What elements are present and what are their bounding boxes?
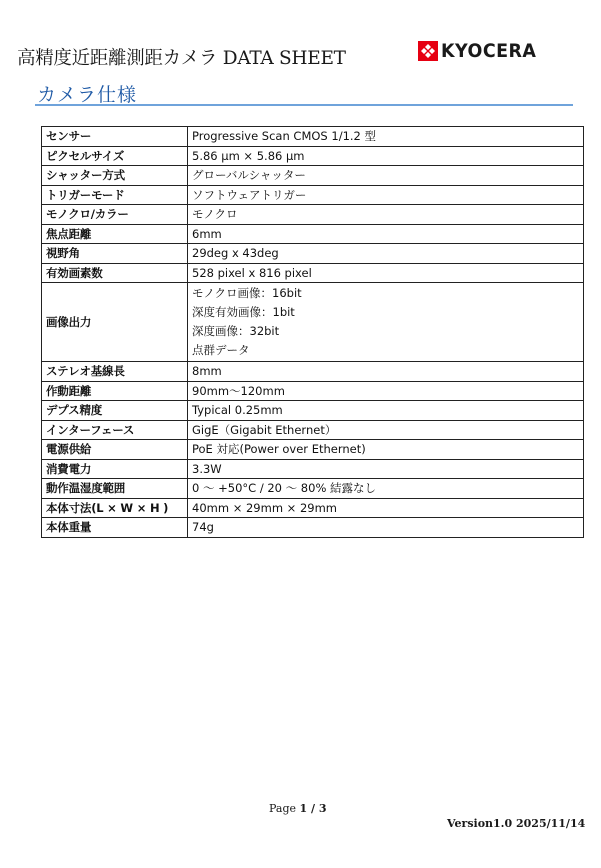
- spec-key: 視野角: [42, 244, 188, 264]
- table-row: 本体重量 74g: [42, 518, 584, 538]
- page-separator: /: [307, 802, 319, 815]
- table-row: センサー Progressive Scan CMOS 1/1.2 型: [42, 127, 584, 147]
- spec-key: 画像出力: [42, 283, 188, 362]
- table-row: 視野角 29deg x 43deg: [42, 244, 584, 264]
- table-row: トリガーモード ソフトウェアトリガー: [42, 185, 584, 205]
- kyocera-mark-icon: [418, 41, 438, 61]
- spec-value: 5.86 μm × 5.86 μm: [188, 146, 584, 166]
- table-row: 動作温湿度範囲 0 ～ +50°C / 20 ～ 80% 結露なし: [42, 479, 584, 499]
- spec-key: 本体寸法(L × W × H ): [42, 498, 188, 518]
- spec-key: 電源供給: [42, 440, 188, 460]
- spec-key: 本体重量: [42, 518, 188, 538]
- table-row: モノクロ/カラー モノクロ: [42, 205, 584, 225]
- page-total: 3: [319, 802, 327, 815]
- spec-value-multi: モノクロ画像：16bit 深度有効画像：1bit 深度画像：32bit 点群デー…: [188, 283, 584, 362]
- spec-key: 焦点距離: [42, 224, 188, 244]
- table-row: 焦点距離 6mm: [42, 224, 584, 244]
- section-divider: [35, 104, 573, 106]
- spec-key: ピクセルサイズ: [42, 146, 188, 166]
- page-number: Page 1 / 3: [269, 802, 327, 815]
- spec-value: Typical 0.25mm: [188, 401, 584, 421]
- spec-value: ソフトウェアトリガー: [188, 185, 584, 205]
- spec-value: GigE（Gigabit Ethernet）: [188, 420, 584, 440]
- table-row: ピクセルサイズ 5.86 μm × 5.86 μm: [42, 146, 584, 166]
- document-title: 高精度近距離測距カメラ DATA SHEET: [17, 44, 346, 70]
- table-row: ステレオ基線長 8mm: [42, 362, 584, 382]
- spec-value: 3.3W: [188, 459, 584, 479]
- spec-value: 0 ～ +50°C / 20 ～ 80% 結露なし: [188, 479, 584, 499]
- kyocera-logo: KYOCERA: [418, 40, 545, 62]
- spec-table: センサー Progressive Scan CMOS 1/1.2 型 ピクセルサ…: [41, 126, 584, 538]
- image-output-pointcloud: 点群データ: [192, 341, 579, 360]
- spec-key: シャッター方式: [42, 166, 188, 186]
- image-output-mono: モノクロ画像：16bit: [192, 284, 579, 303]
- spec-value: 74g: [188, 518, 584, 538]
- table-row: デプス精度 Typical 0.25mm: [42, 401, 584, 421]
- spec-value: グローバルシャッター: [188, 166, 584, 186]
- spec-value: Progressive Scan CMOS 1/1.2 型: [188, 127, 584, 147]
- spec-key: 消費電力: [42, 459, 188, 479]
- spec-value: 6mm: [188, 224, 584, 244]
- spec-value: 29deg x 43deg: [188, 244, 584, 264]
- spec-value: モノクロ: [188, 205, 584, 225]
- table-row: 作動距離 90mm〜120mm: [42, 381, 584, 401]
- page-label: Page: [269, 802, 296, 815]
- spec-key: 作動距離: [42, 381, 188, 401]
- spec-key: センサー: [42, 127, 188, 147]
- spec-key: インターフェース: [42, 420, 188, 440]
- table-row: シャッター方式 グローバルシャッター: [42, 166, 584, 186]
- spec-value: 40mm × 29mm × 29mm: [188, 498, 584, 518]
- spec-key: ステレオ基線長: [42, 362, 188, 382]
- spec-value: 8mm: [188, 362, 584, 382]
- table-row: 電源供給 PoE 対応(Power over Ethernet): [42, 440, 584, 460]
- table-row: 画像出力 モノクロ画像：16bit 深度有効画像：1bit 深度画像：32bit…: [42, 283, 584, 362]
- table-row: 本体寸法(L × W × H ) 40mm × 29mm × 29mm: [42, 498, 584, 518]
- spec-key: トリガーモード: [42, 185, 188, 205]
- table-row: 消費電力 3.3W: [42, 459, 584, 479]
- image-output-depth-valid: 深度有効画像：1bit: [192, 303, 579, 322]
- spec-key: デプス精度: [42, 401, 188, 421]
- spec-key: 有効画素数: [42, 263, 188, 283]
- spec-value: PoE 対応(Power over Ethernet): [188, 440, 584, 460]
- spec-value: 528 pixel x 816 pixel: [188, 263, 584, 283]
- version-date: Version1.0 2025/11/14: [447, 817, 585, 830]
- table-row: 有効画素数 528 pixel x 816 pixel: [42, 263, 584, 283]
- image-output-depth: 深度画像：32bit: [192, 322, 579, 341]
- spec-key: モノクロ/カラー: [42, 205, 188, 225]
- table-row: インターフェース GigE（Gigabit Ethernet）: [42, 420, 584, 440]
- logo-text: KYOCERA: [441, 40, 536, 62]
- spec-key: 動作温湿度範囲: [42, 479, 188, 499]
- section-title: カメラ仕様: [37, 80, 137, 107]
- spec-value: 90mm〜120mm: [188, 381, 584, 401]
